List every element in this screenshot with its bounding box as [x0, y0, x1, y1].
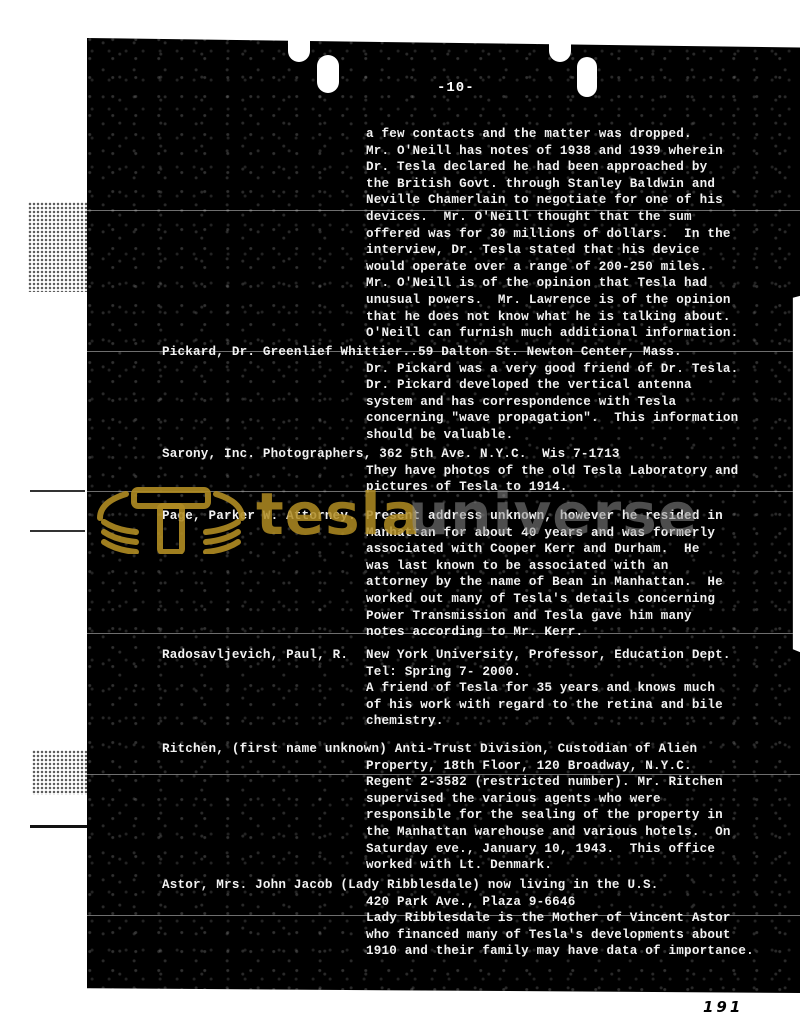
entry-detail-line: O'Neill can furnish much additional info… [366, 325, 738, 342]
entry-detail-line: Mr. O'Neill is of the opinion that Tesla… [366, 275, 707, 292]
entry-detail-line: Dr. Tesla declared he had been approache… [366, 159, 707, 176]
entry-detail-line: A friend of Tesla for 35 years and knows… [366, 680, 715, 697]
entry-detail-line: Regent 2-3582 (restricted number). Mr. R… [366, 774, 723, 791]
handwritten-page-stamp: 191 [703, 998, 743, 1016]
entry-detail-line: worked out many of Tesla's details conce… [366, 591, 715, 608]
entry-detail-line: that he does not know what he is talking… [366, 309, 731, 326]
entry-detail-line: Neville Chamerlain to negotiate for one … [366, 192, 723, 209]
entry-detail-line: Power Transmission and Tesla gave him ma… [366, 608, 692, 625]
entry-name: Radosavljevich, Paul, R. [162, 647, 348, 664]
entry-detail-line: Manhattan for about 40 years and was for… [366, 525, 715, 542]
entry-detail-line: Property, 18th Floor, 120 Broadway, N.Y.… [366, 758, 692, 775]
entry-detail-line: notes according to Mr. Kerr. [366, 624, 583, 641]
entry-detail-line: responsible for the sealing of the prope… [366, 807, 723, 824]
entry-detail-line: Saturday eve., January 10, 1943. This of… [366, 841, 715, 858]
entry-heading: Astor, Mrs. John Jacob (Lady Ribblesdale… [162, 877, 658, 894]
page-number: -10- [437, 80, 475, 96]
entry-detail-line: a few contacts and the matter was droppe… [366, 126, 692, 143]
punch-hole-top-right [549, 34, 571, 62]
entry-detail-line: Dr. Pickard was a very good friend of Dr… [366, 361, 738, 378]
entry-detail-line: unusual powers. Mr. Lawrence is of the o… [366, 292, 731, 309]
entry-detail-line: Tel: Spring 7- 2000. [366, 664, 521, 681]
entry-detail-line: offered was for 30 millions of dollars. … [366, 226, 731, 243]
entry-heading: Pickard, Dr. Greenlief Whittier..59 Dalt… [162, 344, 682, 361]
entry-detail-line: of his work with regard to the retina an… [366, 697, 723, 714]
entry-detail-line: associated with Cooper Kerr and Durham. … [366, 541, 700, 558]
entry-name: Page, Parker W. Attorney. [162, 508, 356, 525]
entry-detail-line: concerning "wave propagation". This info… [366, 410, 738, 427]
scan-artifact-left-mark [30, 825, 88, 828]
entry-detail-line: Lady Ribblesdale is the Mother of Vincen… [366, 910, 731, 927]
entry-detail-line: They have photos of the old Tesla Labora… [366, 463, 738, 480]
entry-detail-line: Mr. O'Neill has notes of 1938 and 1939 w… [366, 143, 723, 160]
entry-detail-line: Present address unknown, however he resi… [366, 508, 723, 525]
entry-detail-line: was last known to be associated with an [366, 558, 669, 575]
entry-detail-line: chemistry. [366, 713, 444, 730]
entry-detail-line: would operate over a range of 200-250 mi… [366, 259, 707, 276]
punch-hole-left [317, 55, 339, 93]
punch-hole-top-left [288, 34, 310, 62]
punch-hole-right [577, 57, 597, 97]
entry-detail-line: interview, Dr. Tesla stated that his dev… [366, 242, 700, 259]
entry-detail-line: the Manhattan warehouse and various hote… [366, 824, 731, 841]
entry-heading: Ritchen, (first name unknown) Anti-Trust… [162, 741, 697, 758]
scan-artifact-left-lower [32, 750, 88, 795]
scan-artifact-left-upper [28, 202, 88, 292]
entry-detail-line: devices. Mr. O'Neill thought that the su… [366, 209, 692, 226]
entry-detail-line: attorney by the name of Bean in Manhatta… [366, 574, 723, 591]
entry-detail-line: Dr. Pickard developed the vertical anten… [366, 377, 692, 394]
entry-heading: Sarony, Inc. Photographers, 362 5th Ave.… [162, 446, 620, 463]
entry-detail-line: supervised the various agents who were [366, 791, 661, 808]
entry-detail-line: 420 Park Ave., Plaza 9-6646 [366, 894, 575, 911]
scan-artifact-left-dash [30, 530, 85, 532]
entry-detail-line: the British Govt. through Stanley Baldwi… [366, 176, 715, 193]
entry-detail-line: should be valuable. [366, 427, 513, 444]
entry-detail-line: pictures of Tesla to 1914. [366, 479, 568, 496]
entry-detail-line: 1910 and their family may have data of i… [366, 943, 754, 960]
entry-detail-line: who financed many of Tesla's development… [366, 927, 731, 944]
scan-artifact-left-dash [30, 490, 85, 492]
entry-detail-line: worked with Lt. Denmark. [366, 857, 552, 874]
entry-detail-line: New York University, Professor, Educatio… [366, 647, 731, 664]
entry-detail-line: system and has correspondence with Tesla [366, 394, 676, 411]
